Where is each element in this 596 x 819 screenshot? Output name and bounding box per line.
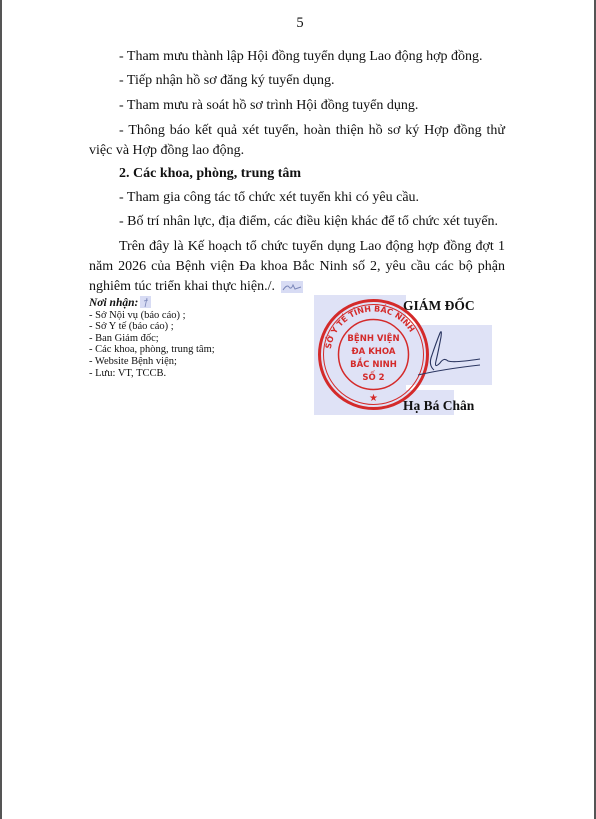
closing-paragraph: Trên đây là Kế hoạch tổ chức tuyển dụng … — [89, 237, 505, 297]
signature-block: SỞ Y TẾ TỈNH BẮC NINH BỆNH VIỆN ĐA KHOA … — [314, 295, 504, 415]
signer-name: Hạ Bá Chân — [403, 398, 474, 414]
recipient-item: - Website Bệnh viện; — [89, 356, 289, 368]
recipients-list: Nơi nhận: - Sở Nội vụ (báo cáo) ; - Sở Y… — [89, 296, 289, 379]
body-line: - Bố trí nhân lực, địa điểm, các điều ki… — [89, 213, 505, 230]
svg-text:BỆNH VIỆN: BỆNH VIỆN — [347, 333, 399, 344]
recipient-item: - Lưu: VT, TCCB. — [89, 368, 289, 380]
svg-text:SỐ 2: SỐ 2 — [362, 370, 384, 383]
body-line: - Tham gia công tác tổ chức xét tuyển kh… — [89, 189, 505, 206]
recipient-item: - Ban Giám đốc; — [89, 333, 289, 345]
initial-mark-icon — [140, 296, 151, 308]
body-line: - Tiếp nhận hồ sơ đăng ký tuyển dụng. — [89, 72, 505, 89]
recipient-item: - Sở Y tế (báo cáo) ; — [89, 321, 289, 333]
page-number: 5 — [2, 15, 596, 32]
initial-mark-icon — [281, 281, 303, 293]
svg-text:★: ★ — [369, 393, 378, 404]
svg-text:ĐA KHOA: ĐA KHOA — [352, 347, 396, 357]
document-page: 5 - Tham mưu thành lập Hội đồng tuyển dụ… — [0, 0, 596, 819]
handwritten-signature-icon — [414, 325, 484, 380]
body-line: - Tham mưu rà soát hồ sơ trình Hội đồng … — [89, 97, 505, 114]
svg-text:BẮC NINH: BẮC NINH — [350, 357, 397, 370]
recipient-item: - Sở Nội vụ (báo cáo) ; — [89, 310, 289, 322]
body-line: - Tham mưu thành lập Hội đồng tuyển dụng… — [89, 48, 505, 65]
body-line: - Thông báo kết quả xét tuyển, hoàn thiệ… — [89, 121, 505, 161]
recipients-title: Nơi nhận: — [89, 297, 138, 309]
section-heading: 2. Các khoa, phòng, trung tâm — [89, 165, 505, 182]
signer-title: GIÁM ĐỐC — [403, 298, 475, 314]
recipient-item: - Các khoa, phòng, trung tâm; — [89, 344, 289, 356]
